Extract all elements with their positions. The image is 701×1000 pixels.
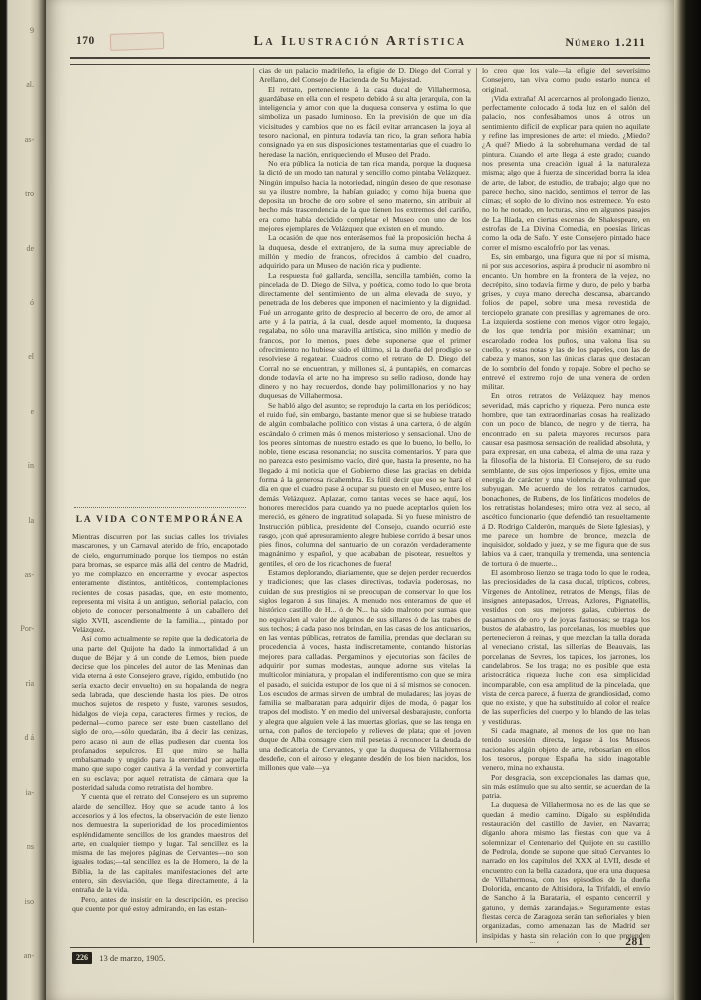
footer-rule xyxy=(70,947,650,948)
paragraph: Mientras discurren por las sucias calles… xyxy=(72,532,248,634)
column-divider xyxy=(476,68,477,943)
issue-number: Número 1.211 xyxy=(565,35,646,50)
paragraph: Así como actualmente se repite que la de… xyxy=(72,634,248,792)
paragraph: Pero, antes de insistir en la descripció… xyxy=(72,895,248,914)
facing-page-text-fragments: 9 al. as- tro de ó el e ín la as- Por- r… xyxy=(4,26,34,960)
publication-title: La Ilustración Artística xyxy=(72,34,648,50)
page-footer: 226 13 de marzo, 1905. 281 xyxy=(72,952,648,966)
edge-text-fragment: ín xyxy=(28,461,34,470)
column-divider xyxy=(253,68,254,943)
edge-text-fragment: iso xyxy=(25,897,34,906)
article-columns: LA VIDA CONTEMPORÁNEA Mientras discurren… xyxy=(72,66,650,943)
paragraph: La duquesa de Villahermosa no es de las … xyxy=(482,800,650,943)
issue-date: 13 de marzo, 1905. xyxy=(99,953,165,963)
scanned-magazine-page: 9 al. as- tro de ó el e ín la as- Por- r… xyxy=(0,0,701,1000)
paragraph: La respuesta fué gallarda, sencilla, sen… xyxy=(259,271,471,401)
paragraph: cias de un palacio madrileño, la efigie … xyxy=(259,66,471,85)
column-3: lo creo que los vale—la efigie del sever… xyxy=(482,66,650,943)
edge-text-fragment: tro xyxy=(25,189,34,198)
magazine-page: 170 La Ilustración Artística Número 1.21… xyxy=(46,0,674,1000)
edge-text-fragment: ría xyxy=(26,679,34,688)
dotted-section-rule xyxy=(74,507,246,508)
edge-text-fragment: ns xyxy=(27,842,34,851)
paragraph: Y cuenta que el retrato del Consejero es… xyxy=(72,792,248,894)
paragraph: Estamos deplorando, diariamente, que se … xyxy=(259,568,471,773)
edge-text-fragment: ó xyxy=(30,298,34,307)
edge-text-fragment: ia- xyxy=(26,788,34,797)
paragraph: ¡Vida extraña! Al acercarnos al prolonga… xyxy=(482,94,650,252)
edge-text-fragment: el xyxy=(28,352,34,361)
paragraph: Si cada magnate, al menos de los que no … xyxy=(482,726,650,772)
page-header: 170 La Ilustración Artística Número 1.21… xyxy=(72,33,648,55)
paragraph: lo creo que los vale—la efigie del sever… xyxy=(482,66,650,94)
edge-text-fragment: la xyxy=(28,516,34,525)
header-double-rule xyxy=(70,57,650,65)
edge-text-fragment: as- xyxy=(25,570,34,579)
footer-stamp-number: 226 xyxy=(72,952,92,964)
edge-text-fragment: d á xyxy=(24,733,34,742)
paragraph: La ocasión de que nos enterásemos fué la… xyxy=(259,233,471,270)
section-title: LA VIDA CONTEMPORÁNEA xyxy=(72,515,248,525)
edge-text-fragment: al. xyxy=(26,80,34,89)
blank-column-space xyxy=(72,66,248,507)
paragraph: En otros retratos de Velázquez hay menos… xyxy=(482,391,650,568)
edge-text-fragment: 9 xyxy=(30,26,34,35)
paragraph: Es, sin embargo, una figura que ni por s… xyxy=(482,252,650,391)
edge-text-fragment: as- xyxy=(25,135,34,144)
paragraph: No era pública la noticia de tan rica ma… xyxy=(259,159,471,233)
paragraph: El asombroso lienzo se traga todo lo que… xyxy=(482,568,650,726)
edge-text-fragment: de xyxy=(26,244,34,253)
paragraph: Se habló algo del asunto; se reprodujo l… xyxy=(259,401,471,568)
column-2: cias de un palacio madrileño, la efigie … xyxy=(259,66,471,943)
paragraph: Por desgracia, son excepcionales las dam… xyxy=(482,773,650,801)
book-gutter: 9 al. as- tro de ó el e ín la as- Por- r… xyxy=(0,0,46,1000)
edge-text-fragment: e xyxy=(30,407,34,416)
edge-text-fragment: Por- xyxy=(20,624,34,633)
page-right-edge xyxy=(674,0,701,1000)
edge-text-fragment: an- xyxy=(24,951,34,960)
right-page-number: 281 xyxy=(625,936,644,948)
column-1: LA VIDA CONTEMPORÁNEA Mientras discurren… xyxy=(72,66,248,943)
paragraph: El retrato, perteneciente á la casa duca… xyxy=(259,85,471,159)
